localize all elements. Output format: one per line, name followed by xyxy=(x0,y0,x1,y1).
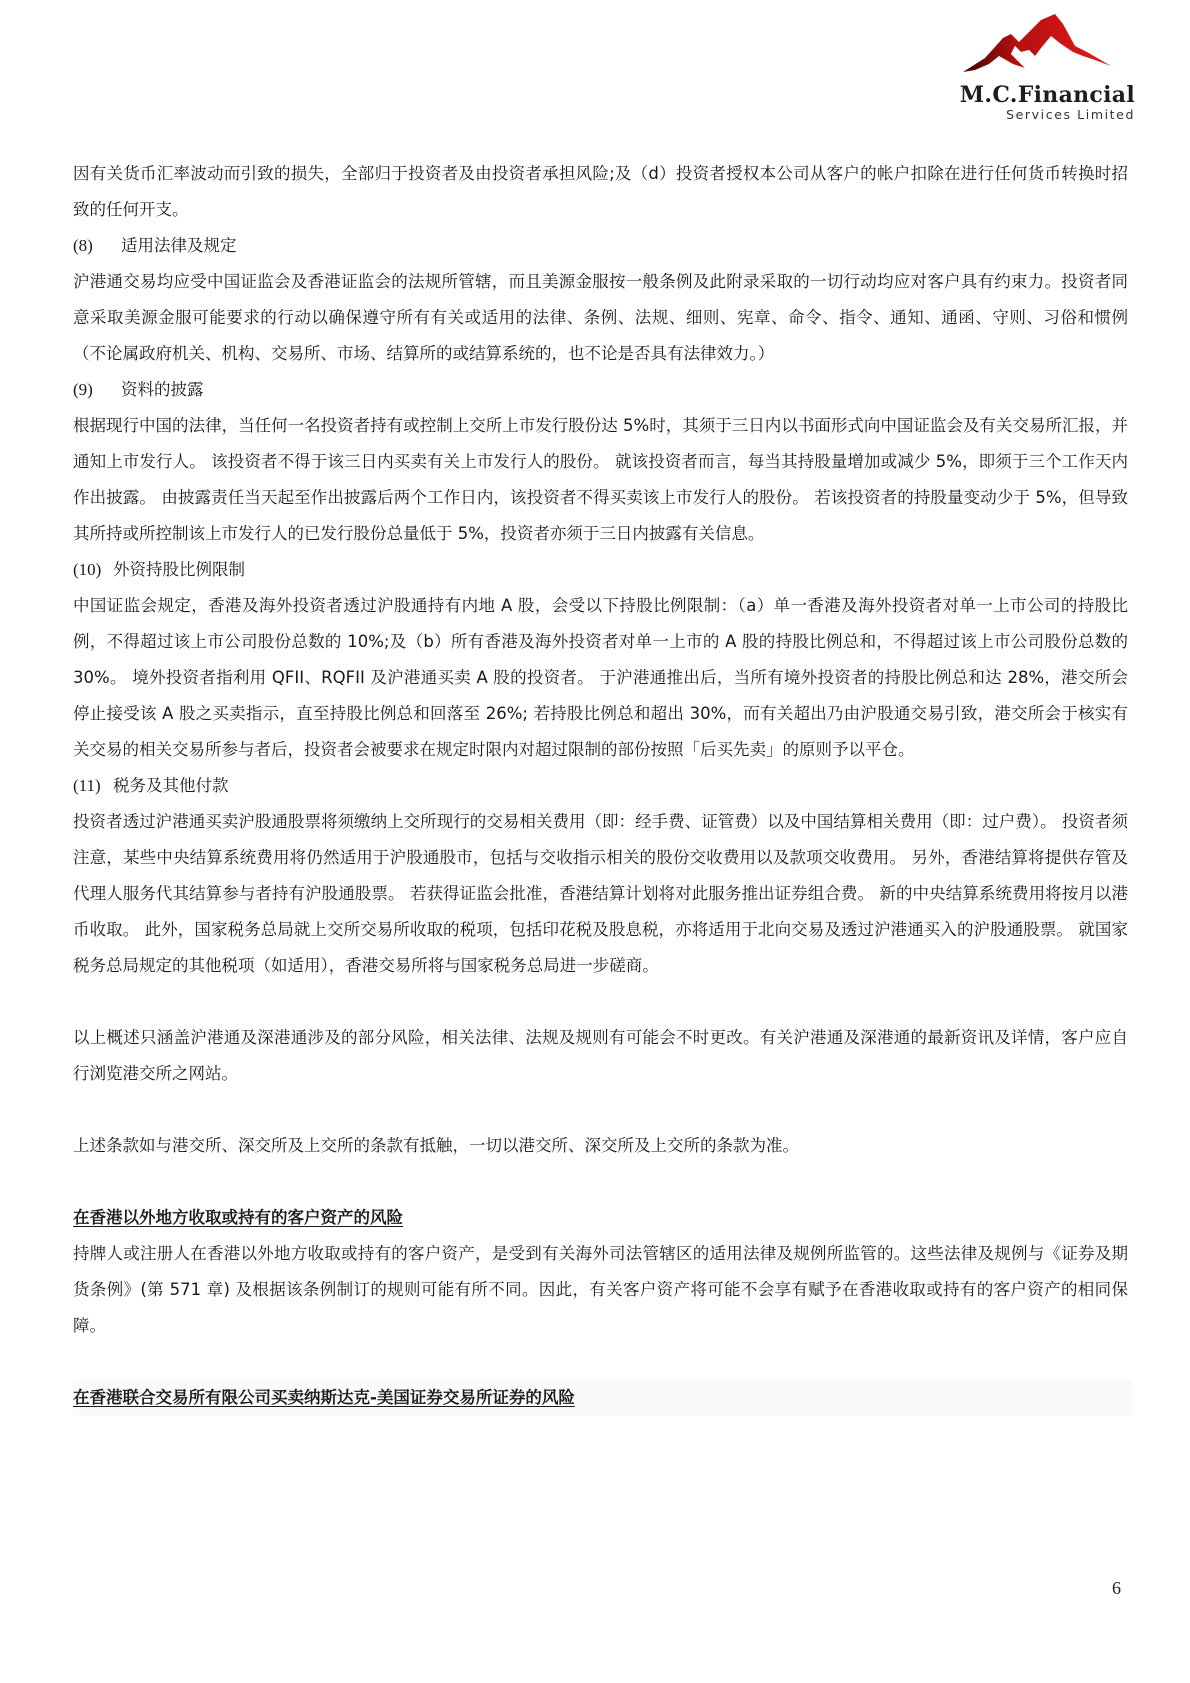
section-9-text: 根据现行中国的法律，当任何一名投资者持有或控制上交所上市发行股份达 5%时，其须… xyxy=(73,408,1128,552)
offshore-assets-heading: 在香港以外地方收取或持有的客户资产的风险 xyxy=(73,1200,1128,1236)
company-logo: M.C.Financial Services Limited xyxy=(955,6,1135,124)
section-number: (11) xyxy=(73,768,113,804)
section-title: 外资持股比例限制 xyxy=(113,560,245,579)
section-number: (10) xyxy=(73,552,113,588)
section-title: 适用法律及规定 xyxy=(121,236,237,255)
summary-paragraph: 以上概述只涵盖沪港通及深港通涉及的部分风险，相关法律、法规及规则有可能会不时更改… xyxy=(73,1020,1128,1092)
spacer xyxy=(73,1344,1128,1380)
spacer xyxy=(73,1092,1128,1128)
section-8-text: 沪港通交易均应受中国证监会及香港证监会的法规所管辖，而且美源金服按一般条例及此附… xyxy=(73,264,1128,372)
spacer xyxy=(73,984,1128,1020)
document-body: 因有关货币汇率波动而引致的损失，全部归于投资者及由投资者承担风险;及（d）投资者… xyxy=(73,156,1128,1416)
nasdaq-heading-band: 在香港联合交易所有限公司买卖纳斯达克-美国证券交易所证券的风险 xyxy=(73,1380,1132,1416)
page-number: 6 xyxy=(1112,1578,1121,1599)
intro-paragraph: 因有关货币汇率波动而引致的损失，全部归于投资者及由投资者承担风险;及（d）投资者… xyxy=(73,156,1128,228)
section-10-text: 中国证监会规定，香港及海外投资者透过沪股通持有内地 A 股，会受以下持股比例限制… xyxy=(73,588,1128,768)
section-number: (8) xyxy=(73,228,121,264)
section-9-title: (9)资料的披露 xyxy=(73,372,1128,408)
spacer xyxy=(73,1164,1128,1200)
section-11-title: (11)税务及其他付款 xyxy=(73,768,1128,804)
logo-subtitle: Services Limited xyxy=(955,107,1135,122)
section-title: 资料的披露 xyxy=(121,380,204,399)
section-11-text: 投资者透过沪港通买卖沪股通股票将须缴纳上交所现行的交易相关费用（即：经手费、证管… xyxy=(73,804,1128,984)
logo-title: M.C.Financial xyxy=(955,82,1135,108)
offshore-assets-text: 持牌人或注册人在香港以外地方收取或持有的客户资产，是受到有关海外司法管辖区的适用… xyxy=(73,1236,1128,1344)
section-title: 税务及其他付款 xyxy=(113,776,229,795)
section-10-title: (10)外资持股比例限制 xyxy=(73,552,1128,588)
nasdaq-heading: 在香港联合交易所有限公司买卖纳斯达克-美国证券交易所证券的风险 xyxy=(73,1380,1132,1416)
section-number: (9) xyxy=(73,372,121,408)
mountain-icon xyxy=(955,6,1135,82)
section-8-title: (8)适用法律及规定 xyxy=(73,228,1128,264)
precedence-paragraph: 上述条款如与港交所、深交所及上交所的条款有抵触，一切以港交所、深交所及上交所的条… xyxy=(73,1128,1128,1164)
